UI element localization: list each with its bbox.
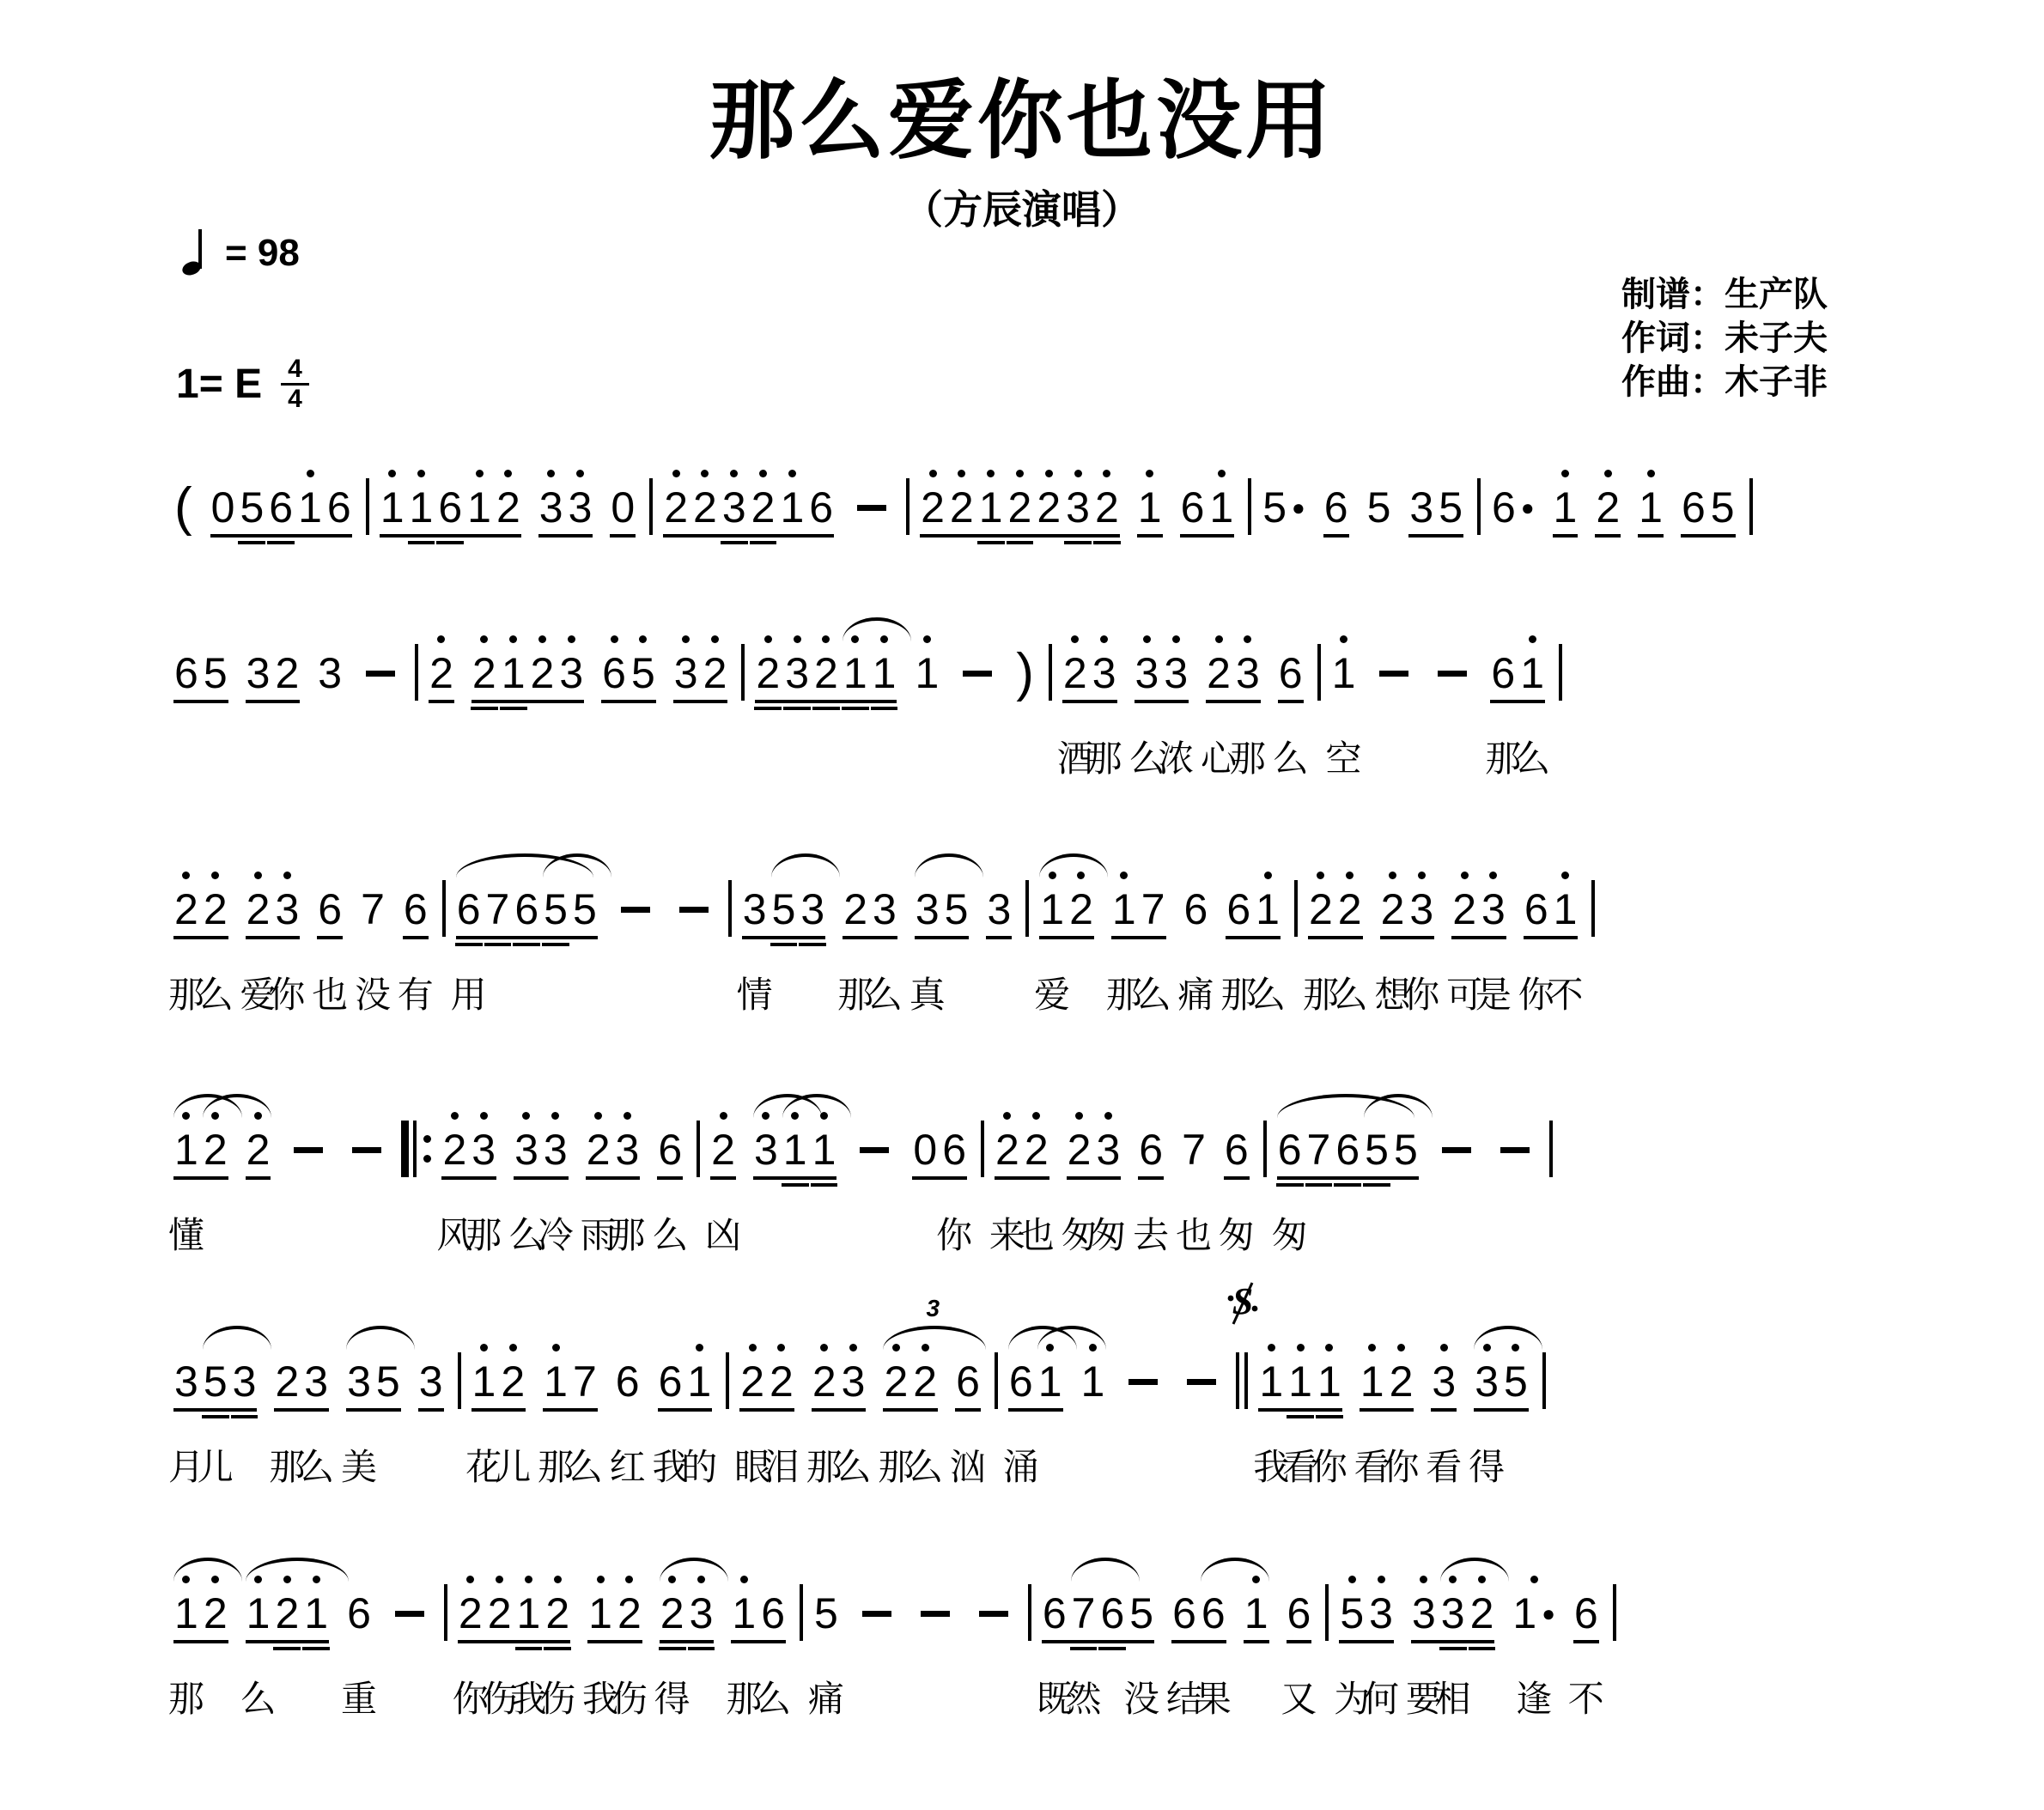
beam-group: 2心3那 [1204, 629, 1262, 775]
barline [1591, 866, 1595, 937]
lyric-cell: 那 [616, 1207, 640, 1252]
lyric-cell: 没 [1129, 1671, 1153, 1716]
beam-group: 6么 [1276, 629, 1305, 775]
dash-mark [1187, 1379, 1216, 1385]
lyric-cell [429, 731, 453, 775]
beam-group: 2匆3匆 [1065, 1106, 1123, 1252]
beam-group [1372, 629, 1416, 775]
barline [1028, 1570, 1031, 1641]
note: 6有 [401, 866, 430, 1011]
note: 3 [315, 629, 344, 775]
note: 2 [201, 1106, 230, 1252]
octave-dot [388, 470, 396, 477]
lyric-syllable: 你 [1403, 967, 1439, 1018]
triplet-mark: 3 [926, 1295, 940, 1322]
octave-dot [639, 635, 647, 643]
octave-dot [211, 1576, 219, 1583]
barline [1049, 629, 1052, 701]
lyric-syllable: 也 [1019, 1207, 1055, 1259]
beam-group: 65 [172, 629, 230, 775]
lyric-cell [1081, 1439, 1105, 1484]
barline [741, 629, 745, 701]
note: 6 [599, 629, 629, 775]
lyric-syllable: 你 [1311, 1439, 1347, 1491]
beam-group: 1 [912, 629, 941, 775]
beam-group: 6你1不 [1522, 866, 1580, 1011]
note: 5 [1501, 1338, 1530, 1484]
barline [726, 1338, 729, 1409]
beam-group: 6汹 [953, 1338, 982, 1484]
beam-group: 32 [244, 629, 302, 775]
lyric-cell: 儿 [204, 1439, 228, 1484]
lyric-cell [486, 967, 510, 1011]
credits: 制谱：生产队 作词：未子夫 作曲：木子非 [1621, 273, 1828, 405]
note: 1 [407, 464, 436, 610]
lyric-syllable: 么 [567, 1439, 603, 1491]
beam-line-2 [1287, 1415, 1314, 1418]
barline [1263, 1106, 1267, 1177]
lyric-cell: 我 [588, 1671, 612, 1716]
lyric-syllable: 匆 [1090, 1207, 1126, 1259]
beam-group: 2风3那 [440, 1106, 498, 1252]
beam-group: 3月5儿3 [172, 1338, 259, 1484]
note: 3 [984, 866, 1013, 1011]
beam-line-2 [688, 1647, 715, 1650]
beam-line-2 [1093, 541, 1121, 544]
note: 6么 [1276, 629, 1305, 775]
beam-group [613, 866, 658, 1011]
lyric-cell [318, 731, 342, 775]
measure: (05616 [172, 464, 357, 610]
repeat-barline [401, 1106, 431, 1177]
song-title: 那么爱你也没用 [0, 52, 2044, 175]
beam-group: 6去 [1136, 1106, 1165, 1252]
lyric-cell: 不 [1554, 967, 1578, 1011]
beam-group: 11612 [378, 464, 523, 610]
note: 2么 [201, 866, 230, 1011]
lyric-cell [780, 565, 804, 610]
octave-dot [730, 470, 738, 477]
measure: 6既7然65没6结6果16又 [1040, 1570, 1317, 1716]
lyric-cell [1016, 731, 1034, 775]
beam-group [387, 1570, 432, 1716]
lyric-cell: 看 [1288, 1439, 1312, 1484]
barline [697, 1106, 700, 1177]
lyric-syllable: 果 [1195, 1671, 1232, 1722]
barline [1317, 629, 1321, 701]
lyric-cell: 冷 [544, 1207, 568, 1252]
lyric-cell: 得 [660, 1671, 684, 1716]
dash-mark [1379, 671, 1408, 677]
octave-dot [254, 872, 262, 879]
octave-dot [1075, 1112, 1083, 1120]
lyric-cell [496, 565, 520, 610]
beam-group: 6 [1322, 464, 1351, 610]
measure: 2眼2泪2那3么2那32么6汹 [738, 1338, 986, 1484]
note: 3 [1407, 464, 1436, 610]
lyric-syllable: 你 [269, 967, 305, 1018]
lyric-syllable: 么 [1273, 731, 1309, 782]
lyric-syllable: 也 [312, 967, 348, 1018]
octave-dot [1512, 1344, 1519, 1351]
lyric-cell [275, 731, 299, 775]
note: 3情 [740, 866, 770, 1011]
lyric-cell: 用 [457, 967, 481, 1011]
lyric-cell [921, 565, 945, 610]
note: 6 [266, 464, 295, 610]
dash-extension [672, 866, 716, 1011]
note: 6红 [613, 1338, 642, 1484]
beam-line-2 [1469, 1647, 1496, 1650]
note: 5 [237, 464, 266, 610]
octave-dot [1016, 470, 1024, 477]
octave-dot [547, 470, 555, 477]
lyric-cell: 是 [1481, 967, 1506, 1011]
barline [1549, 1106, 1553, 1177]
beam-group: 32 [672, 629, 730, 775]
beam-group: 6● [1489, 464, 1537, 610]
note: 3那 [1233, 629, 1262, 775]
beam-line-2 [436, 541, 464, 544]
parenthesis: ) [1013, 629, 1037, 775]
score-line-1: (056161161233022321622122321615●65356●12… [172, 464, 1761, 610]
measure: 1我1看1你1看2你3看3得5 [1256, 1338, 1534, 1484]
lyric-cell: 么 [1279, 731, 1303, 775]
lyric-syllable: 么 [1514, 731, 1550, 782]
lyric-syllable: 那 [168, 1671, 204, 1722]
octave-dot [283, 1576, 291, 1583]
lyric-cell [921, 1671, 950, 1716]
lyric-cell: 么 [873, 967, 897, 1011]
octave-dot [1440, 1344, 1448, 1351]
beam-group: 1那2 [172, 1570, 230, 1716]
octave-dot [880, 635, 888, 643]
lyric-syllable: 浓 [1158, 731, 1194, 782]
beam-group: 2雨3那 [584, 1106, 642, 1252]
note: 6去 [1136, 1106, 1165, 1252]
beam-group: 2那3么 [272, 1338, 331, 1484]
lyric-cell: 真 [916, 967, 940, 1011]
lyric-cell [352, 1207, 381, 1252]
beam-line-2 [1070, 1647, 1098, 1650]
beam-group: 6用7655 [454, 866, 599, 1011]
lyric-cell [1209, 565, 1233, 610]
beam-line-2 [799, 943, 826, 946]
beam-group [344, 1106, 389, 1252]
lyric-cell: 你 [1390, 1439, 1414, 1484]
octave-dot [1264, 872, 1272, 879]
lyric-cell: 红 [616, 1439, 640, 1484]
beam-group: 1空 [1329, 629, 1359, 775]
beam-line-2 [659, 1647, 686, 1650]
score-line-2: 65323221236532232111)2酒3那3么3浓2心3那6么1空6那1… [172, 629, 1571, 775]
octave-dot [1418, 872, 1426, 879]
note: 2 [528, 629, 557, 775]
beam-group: 3看 [1429, 1338, 1458, 1484]
lyric-cell: 我 [1259, 1439, 1283, 1484]
lyric-syllable: 也 [1176, 1207, 1212, 1259]
lyric-syllable: 空 [1325, 731, 1361, 782]
note: 5 [1708, 464, 1737, 610]
octave-dot [1368, 1344, 1376, 1351]
dash-extension [358, 629, 403, 775]
note: 3 [244, 629, 273, 775]
score-line-3: 2那2么2爱3你6也7没6有6用76553情532那3么3真531爱21那7么6… [172, 866, 1603, 1011]
lyric-cell [1262, 565, 1305, 610]
beam-group: 6涌1 [1007, 1338, 1065, 1484]
lyric-cell [1596, 565, 1620, 610]
lyric-cell: 想 [1381, 967, 1405, 1011]
note: 5 [942, 866, 971, 1011]
augmentation-dot: ● [1521, 483, 1535, 532]
beam-group: 2你2伤1我2伤 [456, 1570, 572, 1716]
beam-group: 2 [427, 629, 456, 775]
measure: 223216 [661, 464, 897, 610]
octave-dot [922, 1344, 929, 1351]
note: 6果 [1199, 1570, 1228, 1716]
octave-dot [701, 470, 709, 477]
octave-dot [597, 1576, 605, 1583]
lyric-cell: 匆 [1068, 1207, 1092, 1252]
lyric-cell [913, 1207, 937, 1252]
lyric-cell: 你 [1524, 967, 1548, 1011]
octave-dot [594, 1112, 602, 1120]
note: 2 [661, 464, 690, 610]
note: 3浓 [1161, 629, 1190, 775]
barline [1294, 866, 1298, 937]
lyric-cell [693, 565, 717, 610]
note: 5● [1260, 464, 1308, 610]
octave-dot [466, 1576, 474, 1583]
note: 1 [378, 464, 407, 610]
credit-composer: 作曲：木子非 [1621, 361, 1828, 404]
dash-mark [921, 1611, 950, 1617]
lyric-cell: 情 [743, 967, 767, 1011]
barline [728, 866, 732, 937]
octave-dot [417, 470, 425, 477]
lyric-cell [1439, 565, 1463, 610]
lyric-syllable: 的 [681, 1439, 717, 1491]
beam-group: 6那1么 [1224, 866, 1282, 1011]
note: 7么 [1139, 866, 1168, 1011]
lyric-cell [1639, 565, 1663, 610]
lyric-cell [860, 1207, 889, 1252]
note: 1 [499, 629, 528, 775]
note: 3 [417, 1338, 446, 1484]
lyric-cell [772, 967, 796, 1011]
lyric-cell [438, 565, 462, 610]
note: 3 [782, 629, 812, 775]
beam-group: 3么3浓 [1133, 629, 1191, 775]
note: 2伤 [615, 1570, 644, 1716]
note: 6么 [758, 1570, 788, 1716]
beam-line-2 [513, 943, 540, 946]
beam-line-2 [1439, 1647, 1467, 1650]
beam-group: 6不 [1572, 1570, 1601, 1716]
measure: 3情532那3么3真53 [740, 866, 1018, 1011]
octave-dot [1529, 635, 1536, 643]
lyric-syllable: 么 [652, 1207, 688, 1259]
lyric-cell: 酒 [1063, 731, 1087, 775]
lyric-cell: 你 [1409, 967, 1433, 1011]
beam-group: 2来2也 [993, 1106, 1051, 1252]
dash-extension [1372, 629, 1416, 775]
beam-line-2 [1064, 541, 1092, 544]
note: 3 [230, 1338, 259, 1484]
rest: 0 [209, 464, 238, 610]
beam-line-2 [977, 541, 1005, 544]
dash-extension [849, 464, 894, 610]
note: 1爱 [1037, 866, 1067, 1011]
note: 1 [1079, 1338, 1108, 1484]
beam-group: 6匆7655 [1275, 1106, 1420, 1252]
lyric-cell [1128, 1439, 1158, 1484]
time-signature-denominator: 4 [281, 386, 309, 413]
note: 1 [781, 1106, 810, 1252]
lyric-cell [1500, 1207, 1530, 1252]
lyric-syllable: 伤 [539, 1671, 575, 1722]
octave-dot [254, 1112, 262, 1120]
lyric-cell [531, 731, 555, 775]
octave-dot [1100, 635, 1108, 643]
octave-dot [182, 872, 190, 879]
lyric-cell [569, 565, 593, 610]
dash-mark [857, 505, 886, 511]
beam-group: 5为3何 [1337, 1570, 1396, 1716]
note: 1 [976, 464, 1006, 610]
lyric-cell [631, 731, 655, 775]
note: 5 [1436, 464, 1465, 610]
lyric-cell: 那 [1092, 731, 1116, 775]
note: 3冷 [541, 1106, 570, 1252]
beam-group [672, 866, 716, 1011]
dash-extension [913, 1570, 958, 1716]
beam-group: 3真5 [913, 866, 971, 1011]
lyric-cell [514, 967, 538, 1011]
lyric-cell: 也 [1182, 1207, 1206, 1252]
lyric-syllable: 么 [298, 1439, 334, 1491]
beam-line-2 [1098, 1647, 1126, 1650]
note: 6 [1679, 464, 1708, 610]
note: 3相 [1439, 1570, 1468, 1716]
beam-group: 1懂2 [172, 1106, 230, 1252]
lyric-syllable: 去 [1133, 1207, 1169, 1259]
lyric-cell [1181, 565, 1205, 610]
beam-group: 2212232 [918, 464, 1122, 610]
note: 3真 [913, 866, 942, 1011]
beam-group: 1 [1551, 464, 1580, 610]
beam-group: 2 [244, 1106, 273, 1252]
lyric-syllable: 逢 [1516, 1671, 1552, 1722]
octave-dot [1397, 1344, 1405, 1351]
octave-dot [672, 470, 680, 477]
lyric-cell: 雨 [587, 1207, 611, 1252]
beam-group: 2想3你 [1378, 866, 1437, 1011]
octave-dot [552, 1344, 560, 1351]
barline [415, 629, 418, 701]
barline [981, 1106, 984, 1177]
lyric-cell [809, 565, 833, 610]
octave-dot [1604, 470, 1612, 477]
lyric-cell [679, 967, 709, 1011]
beam-group: 6又 [1285, 1570, 1314, 1716]
beam-group: 6么 [655, 1106, 684, 1252]
score-line-6: 1那21么216重2你2伤1我2伤1我2伤2得31那6么5痛6既7然65没6结6… [172, 1570, 1625, 1716]
note: 1 [301, 1570, 331, 1716]
beam-group: 2那2么 [1306, 866, 1365, 1011]
lyric-syllable: 然 [1066, 1671, 1102, 1722]
lyric-cell [1367, 565, 1391, 610]
lyric-syllable: 么 [867, 967, 903, 1018]
note: 5儿 [201, 1338, 230, 1484]
dash-extension [387, 1570, 432, 1716]
octave-dot [1218, 470, 1226, 477]
lyric-cell: 么 [204, 967, 228, 1011]
note: 3 [1063, 464, 1092, 610]
score-line-4: 1懂222风3那3么3冷2雨3那6么2凶31106你2来2也2匆3匆6去7也6匆… [172, 1106, 1561, 1252]
quarter-note-icon [182, 230, 210, 275]
note: 1 [295, 464, 325, 610]
note: 2 [1006, 464, 1035, 610]
octave-dot [777, 1344, 785, 1351]
lyric-cell: 匆 [1278, 1207, 1302, 1252]
beam-group: 2那3么 [841, 866, 899, 1011]
note: 3 [537, 464, 566, 610]
lyric-cell: 那 [544, 1439, 568, 1484]
lyric-cell [298, 565, 322, 610]
lyric-cell [233, 1439, 257, 1484]
lyric-cell [915, 731, 939, 775]
note: 1空 [1329, 629, 1359, 775]
measure: 2那2么2想3你2可3是6你1不 [1306, 866, 1584, 1011]
note: 1 [1036, 1338, 1065, 1484]
beam-line-2 [455, 943, 483, 946]
note: 5 [1362, 1106, 1391, 1252]
lyric-syllable: 么 [240, 1671, 277, 1722]
beam-group: 6匆 [1222, 1106, 1251, 1252]
lyric-syllable: 没 [355, 967, 391, 1018]
lyric-cell [544, 967, 568, 1011]
tempo-value: = 98 [225, 232, 300, 275]
beam-group: 3得5 [1472, 1338, 1530, 1484]
octave-dot [958, 470, 965, 477]
lyric-cell: 为 [1340, 1671, 1364, 1716]
beam-group: 1那6么 [729, 1570, 788, 1716]
beam-line-2 [231, 1415, 259, 1418]
octave-dot [1348, 1576, 1356, 1583]
dash-extension [1121, 1338, 1165, 1484]
dash-extension [971, 1570, 1016, 1716]
note: 2得 [658, 1570, 687, 1716]
beam-group [1179, 1338, 1224, 1484]
beam-line-2 [782, 1183, 809, 1187]
key-label: 1= E [176, 361, 262, 408]
note: 7没 [358, 866, 387, 1011]
beam-line-2 [408, 541, 435, 544]
note: 6 [806, 464, 836, 610]
note: 2凶 [709, 1106, 738, 1252]
beam-line-2 [471, 707, 498, 710]
octave-dot [764, 635, 772, 643]
beam-group: 223216 [661, 464, 836, 610]
lyric-cell [559, 731, 583, 775]
beam-group: 3美5 [344, 1338, 403, 1484]
octave-dot [538, 635, 546, 643]
lyric-cell [664, 565, 688, 610]
note: 2 [427, 629, 456, 775]
dash-mark [979, 1611, 1008, 1617]
note: 7 [484, 866, 513, 1011]
